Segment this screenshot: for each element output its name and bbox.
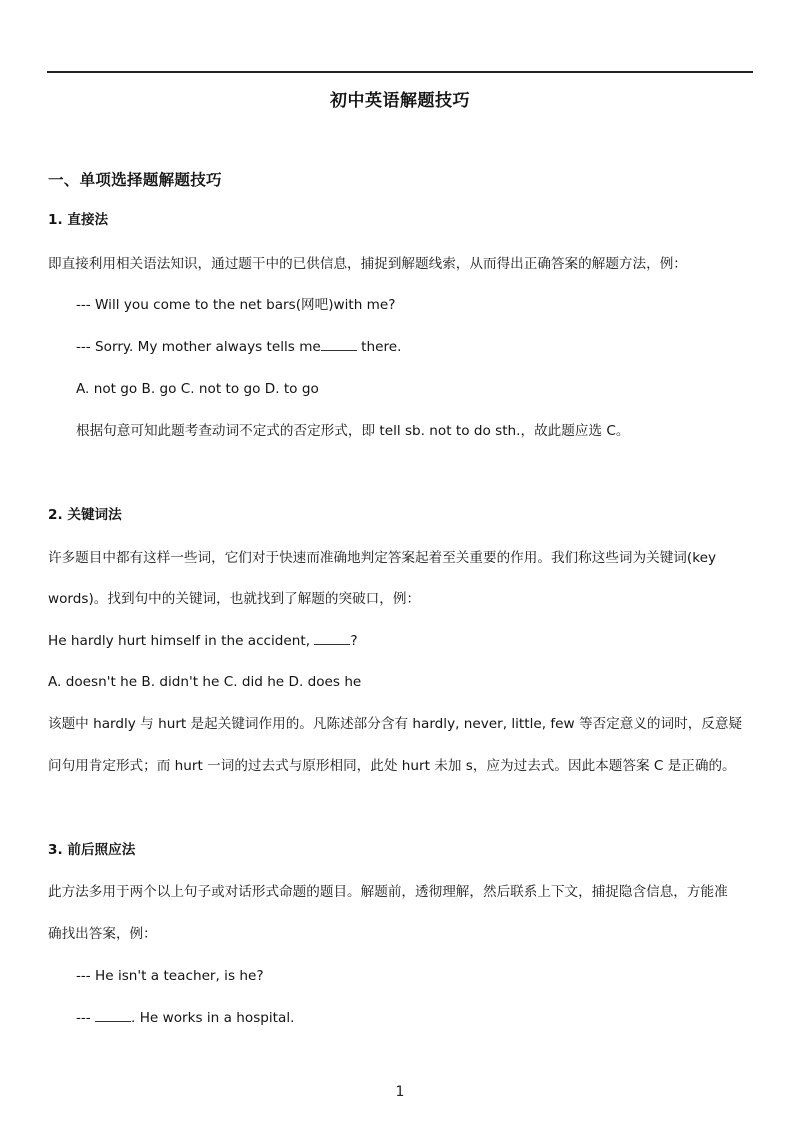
answer-blank [321, 338, 357, 351]
method-heading-context: 3. 前后照应法 [48, 840, 135, 860]
method-intro: 确找出答案，例： [48, 924, 157, 944]
example-text: ? [350, 633, 357, 649]
answer-blank [95, 1009, 131, 1022]
example-line: --- Will you come to the net bars(网吧)wit… [76, 295, 395, 315]
method-heading-direct: 1. 直接法 [48, 210, 108, 230]
example-text: . He works in a hospital. [131, 1010, 294, 1026]
explanation: 问句用肯定形式；而 hurt 一词的过去式与原形相同，此处 hurt 未加 s，… [48, 756, 736, 776]
example-line: He hardly hurt himself in the accident, … [48, 631, 358, 651]
method-intro: 即直接利用相关语法知识，通过题干中的已供信息，捕捉到解题线索，从而得出正确答案的… [48, 254, 687, 274]
example-text: --- [76, 1010, 95, 1026]
example-line: --- He isn't a teacher, is he? [76, 966, 264, 986]
page-number: 1 [0, 1084, 800, 1100]
method-intro: 此方法多用于两个以上句子或对话形式命题的题目。解题前，透彻理解，然后联系上下文，… [48, 882, 728, 902]
example-text: He hardly hurt himself in the accident, [48, 633, 314, 649]
section-heading: 一、单项选择题解题技巧 [48, 170, 222, 190]
answer-blank [314, 632, 350, 645]
example-text: --- Sorry. My mother always tells me [76, 339, 321, 355]
example-line: --- Sorry. My mother always tells me the… [76, 337, 401, 357]
example-line: --- . He works in a hospital. [76, 1008, 294, 1028]
method-intro: 许多题目中都有这样一些词，它们对于快速而准确地判定答案起着至关重要的作用。我们称… [48, 548, 716, 568]
method-intro: words)。找到句中的关键词，也就找到了解题的突破口，例： [48, 589, 420, 609]
answer-options: A. doesn't he B. didn't he C. did he D. … [48, 672, 361, 692]
example-text: there. [357, 339, 402, 355]
method-heading-keyword: 2. 关键词法 [48, 505, 122, 525]
explanation: 该题中 hardly 与 hurt 是起关键词作用的。凡陈述部分含有 hardl… [48, 714, 742, 734]
document-title: 初中英语解题技巧 [0, 86, 800, 111]
explanation: 根据句意可知此题考查动词不定式的否定形式，即 tell sb. not to d… [76, 421, 629, 441]
header-rule [47, 71, 753, 73]
answer-options: A. not go B. go C. not to go D. to go [76, 379, 319, 399]
